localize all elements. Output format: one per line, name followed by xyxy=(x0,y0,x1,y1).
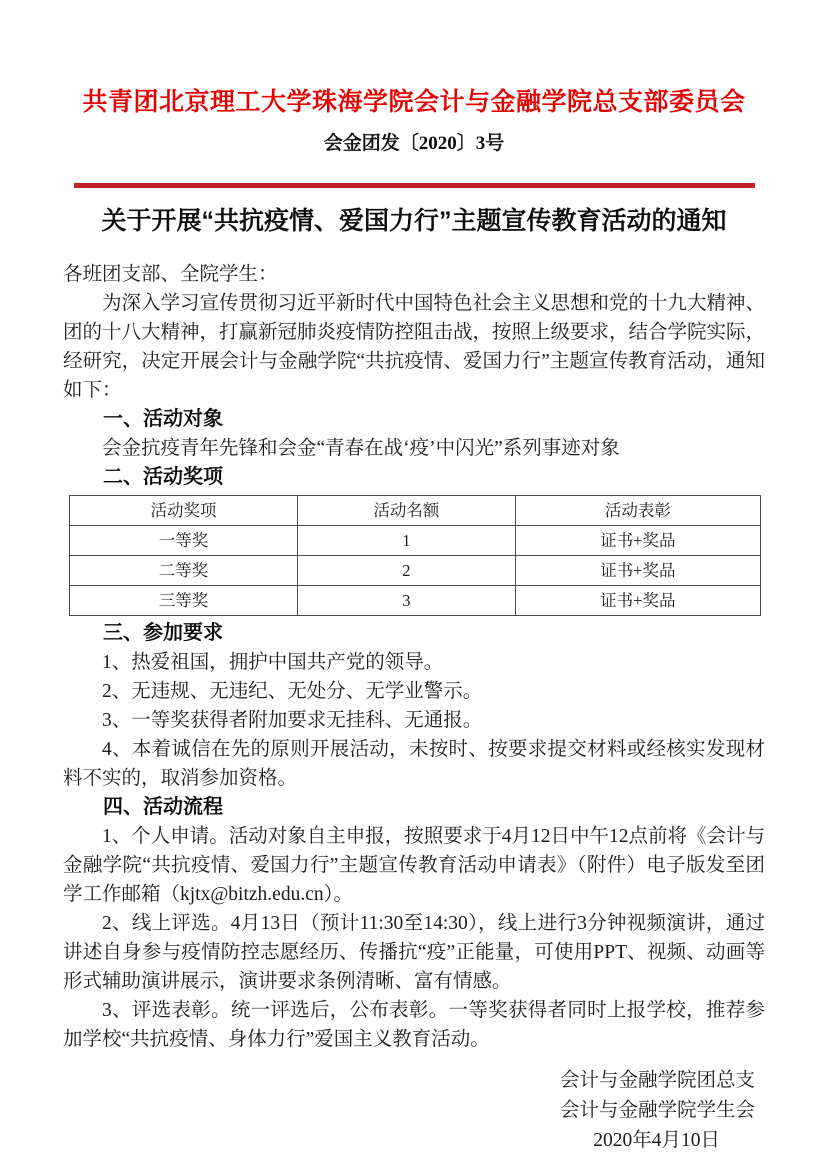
notice-title: 关于开展“共抗疫情、爱国力行”主题宣传教育活动的通知 xyxy=(63,203,765,239)
table-cell: 二等奖 xyxy=(70,555,298,585)
intro-paragraph: 为深入学习宣传贯彻习近平新时代中国特色社会主义思想和党的十九大精神、团的十八大精… xyxy=(63,289,765,405)
table-header-cell: 活动奖项 xyxy=(70,495,298,525)
notice-body: 各班团支部、全院学生： 为深入学习宣传贯彻习近平新时代中国特色社会主义思想和党的… xyxy=(63,260,765,1156)
salutation: 各班团支部、全院学生： xyxy=(63,260,765,289)
org-title: 共青团北京理工大学珠海学院会计与金融学院总支部委员会 xyxy=(63,85,765,119)
procedure-item: 1、个人申请。活动对象自主申报，按照要求于4月12日中午12点前将《会计与金融学… xyxy=(63,822,765,909)
table-cell: 证书+奖品 xyxy=(515,585,760,615)
table-cell: 1 xyxy=(298,525,516,555)
procedure-item: 2、线上评选。4月13日（预计11:30至14:30），线上进行3分钟视频演讲，… xyxy=(63,909,765,996)
signature-block: 会计与金融学院团总支 会计与金融学院学生会 2020年4月10日 xyxy=(63,1066,765,1156)
requirement-item: 2、无违规、无违纪、无处分、无学业警示。 xyxy=(63,677,765,706)
section-heading-3: 三、参加要求 xyxy=(63,619,765,648)
table-cell: 一等奖 xyxy=(70,525,298,555)
table-cell: 三等奖 xyxy=(70,585,298,615)
table-cell: 3 xyxy=(298,585,516,615)
table-cell: 2 xyxy=(298,555,516,585)
table-cell: 证书+奖品 xyxy=(515,555,760,585)
signature-line-2: 会计与金融学院学生会 xyxy=(63,1096,765,1126)
section-heading-1: 一、活动对象 xyxy=(63,405,765,434)
table-row: 三等奖 3 证书+奖品 xyxy=(70,585,761,615)
section-heading-2: 二、活动奖项 xyxy=(63,463,765,492)
procedure-item: 3、评选表彰。统一评选后，公布表彰。一等奖获得者同时上报学校，推荐参加学校“共抗… xyxy=(63,996,765,1054)
document-page: 共青团北京理工大学珠海学院会计与金融学院总支部委员会 会金团发〔2020〕3号 … xyxy=(0,85,827,1156)
table-header-cell: 活动表彰 xyxy=(515,495,760,525)
section-heading-4: 四、活动流程 xyxy=(63,793,765,822)
table-cell: 证书+奖品 xyxy=(515,525,760,555)
section-1-body: 会金抗疫青年先锋和会金“青春在战‘疫’中闪光”系列事迹对象 xyxy=(63,434,765,463)
requirement-item: 4、本着诚信在先的原则开展活动，未按时、按要求提交材料或经核实发现材料不实的，取… xyxy=(63,735,765,793)
table-row: 二等奖 2 证书+奖品 xyxy=(70,555,761,585)
table-header-cell: 活动名额 xyxy=(298,495,516,525)
table-row: 一等奖 1 证书+奖品 xyxy=(70,525,761,555)
red-divider-rule xyxy=(74,183,755,188)
requirement-item: 1、热爱祖国，拥护中国共产党的领导。 xyxy=(63,648,765,677)
awards-table: 活动奖项 活动名额 活动表彰 一等奖 1 证书+奖品 二等奖 2 证书+奖品 三… xyxy=(69,495,761,616)
requirement-item: 3、一等奖获得者附加要求无挂科、无通报。 xyxy=(63,706,765,735)
doc-number: 会金团发〔2020〕3号 xyxy=(63,132,765,156)
table-header-row: 活动奖项 活动名额 活动表彰 xyxy=(70,495,761,525)
signature-line-1: 会计与金融学院团总支 xyxy=(63,1066,765,1096)
signature-date: 2020年4月10日 xyxy=(63,1126,765,1156)
